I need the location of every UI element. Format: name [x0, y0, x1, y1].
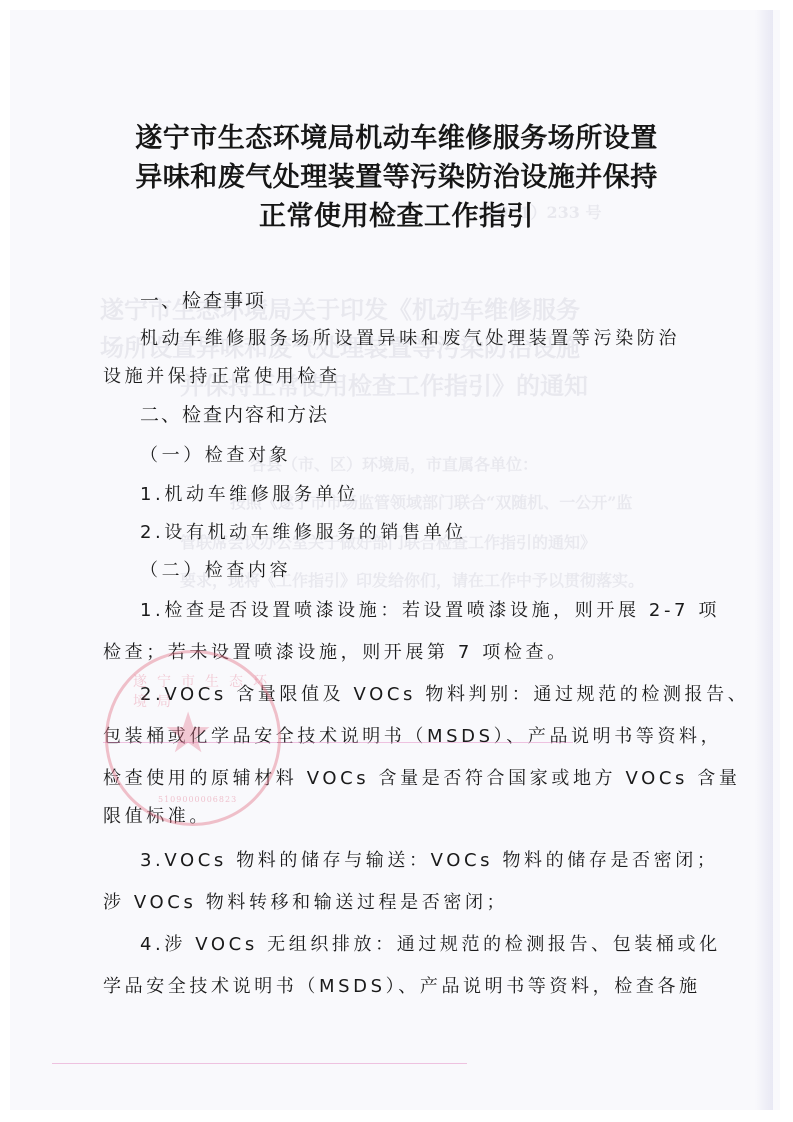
body-line: 2.设有机动车维修服务的销售单位: [140, 518, 467, 544]
section-heading: 二、检查内容和方法: [140, 400, 329, 427]
subsection-heading: （一）检查对象: [140, 441, 291, 467]
title-line-2: 异味和废气处理装置等污染防治设施并保持: [0, 155, 793, 194]
body-line: 3.VOCs 物料的储存与输送：VOCs 物料的储存是否密闭；: [140, 846, 718, 872]
footer-line: [52, 1063, 467, 1064]
body-line: 包装桶或化学品安全技术说明书（MSDS）、产品说明书等资料，: [103, 722, 722, 748]
body-line: 检查使用的原辅材料 VOCs 含量是否符合国家或地方 VOCs 含量: [103, 764, 741, 790]
subsection-heading: （二）检查内容: [140, 556, 291, 582]
body-line: 涉 VOCs 物料转移和输送过程是否密闭；: [103, 888, 508, 914]
body-line: 1.检查是否设置喷漆设施：若设置喷漆设施，则开展 2-7 项: [140, 596, 720, 622]
body-line: 限值标准。: [103, 802, 211, 828]
section-heading: 一、检查事项: [140, 286, 266, 313]
body-line: 2.VOCs 含量限值及 VOCs 物料判别：通过规范的检测报告、: [140, 680, 749, 706]
body-line: 检查；若未设置喷漆设施，则开展第 7 项检查。: [103, 638, 569, 664]
body-line: 学品安全技术说明书（MSDS）、产品说明书等资料，检查各施: [103, 972, 701, 998]
body-line: 机动车维修服务场所设置异味和废气处理装置等污染防治: [140, 324, 680, 350]
body-line: 设施并保持正常使用检查: [103, 362, 341, 388]
title-line-3: 正常使用检查工作指引: [0, 194, 793, 233]
title-line-1: 遂宁市生态环境局机动车维修服务场所设置: [0, 116, 793, 155]
stamp-stroke-line: [103, 742, 573, 743]
body-line: 4.涉 VOCs 无组织排放：通过规范的检测报告、包装桶或化: [140, 930, 721, 956]
body-line: 1.机动车维修服务单位: [140, 480, 359, 506]
show-through-text: 各县（市、区）环境局，市直属各单位：: [250, 452, 538, 475]
